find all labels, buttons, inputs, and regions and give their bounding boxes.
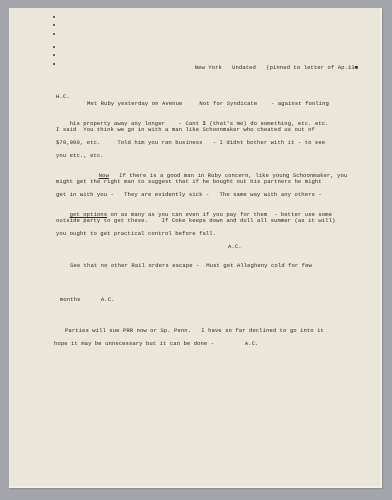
paragraph-4-line: Parties will sue PRR now or Sp. Penn. I … (65, 327, 324, 334)
paragraph-3-line: See that no other Rail orders escape - M… (70, 262, 312, 269)
header-text: New York Undated (pinned to letter of Ap… (195, 64, 355, 71)
signature: A.C. (228, 243, 242, 250)
header-mark: ■ (355, 64, 358, 71)
salutation: H.C. (56, 93, 70, 100)
paper-edge (380, 8, 382, 488)
paragraph-3-line: months A.C. (60, 296, 115, 303)
paragraph-1-line: you etc., etc. (56, 152, 104, 159)
paragraph-1-line: I said You think we go in with a man lik… (56, 126, 315, 133)
paper-edge (9, 486, 382, 488)
paragraph-1-line: Met Ruby yesterday on Avenue Not for Syn… (87, 100, 329, 107)
paragraph-1-line: $70,000, etc. Told him you ran business … (56, 139, 325, 146)
paragraph-4-line: hope it may be unnecessary but it can be… (54, 340, 258, 347)
document-page: New York Undated (pinned to letter of Ap… (9, 8, 382, 488)
paragraph-2-line: outside party to get these. If Coke keep… (56, 217, 335, 224)
document-header: New York Undated (pinned to letter of Ap… (181, 57, 358, 78)
paragraph-2-line: might get the right man to suggest that … (56, 178, 322, 185)
paragraph-2-line: get in with you - They are evidently sic… (56, 191, 322, 198)
paragraph-2-line: you ought to get practical control befor… (56, 230, 216, 237)
pin-holes-decoration (53, 16, 56, 66)
